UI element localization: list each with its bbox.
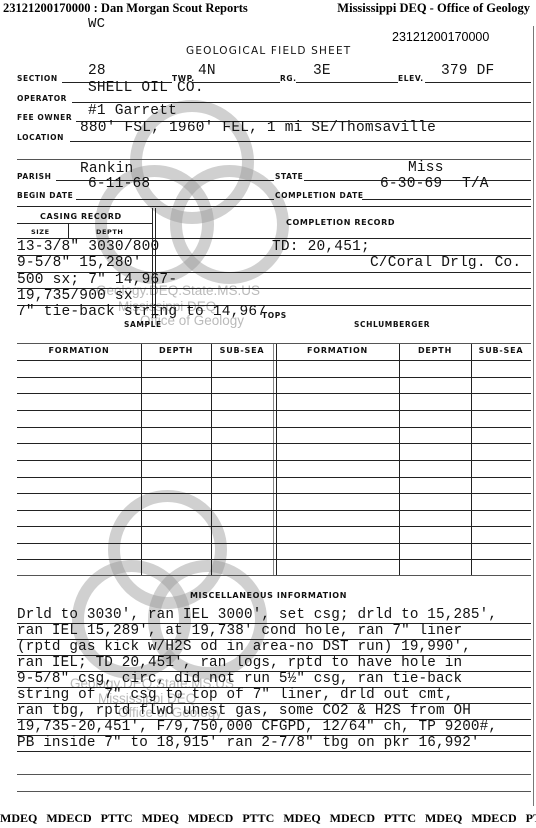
parish-label: PARISH (17, 172, 51, 181)
misc-rule (17, 751, 531, 752)
records-top-rule (17, 206, 531, 207)
casing-line: 13-3/8" 3030/800 (17, 239, 159, 255)
tops-table-top (17, 343, 531, 344)
misc-rule (17, 791, 531, 792)
casing-line: 19,735/900 sx (17, 288, 133, 304)
state-label: STATE (275, 172, 303, 181)
tops-row-rule (17, 526, 531, 527)
sample-label: SAMPLE (124, 320, 162, 329)
casing-line: 500 sx; 7" 14,967- (17, 272, 177, 288)
col-sub-sea-2: SUB-SEA (471, 346, 531, 355)
misc-line: ran tbg, rptd flwd unest gas, some CO2 &… (17, 703, 471, 719)
casing-divider-right (155, 208, 156, 318)
casing-col-size: SIZE (31, 228, 50, 236)
misc-rule (17, 774, 531, 775)
location-underline-2 (17, 159, 531, 160)
completion-date-value: 6-30-69 (380, 176, 442, 192)
col-depth: DEPTH (141, 346, 211, 355)
misc-line: 9-5/8" csg, circ, did not run 5½" csg, r… (17, 671, 462, 687)
footer-agencies: MDEQ MDECD PTTC MDEQ MDECD PTTC MDEQ MDE… (0, 811, 536, 826)
report-header-right: Mississippi DEQ - Office of Geology (337, 1, 530, 16)
misc-line: (rptd gas kick w/H2S od in area-no DST r… (17, 639, 471, 655)
rg-label: RG. (280, 74, 297, 83)
operator-label: OPERATOR (17, 94, 67, 103)
tops-row-rule (17, 443, 531, 444)
completion-record-title: COMPLETION RECORD (286, 218, 395, 227)
section-label: SECTION (17, 74, 58, 83)
state-value: Miss (408, 160, 444, 176)
section-value: 28 (88, 63, 106, 79)
col-sub-sea: SUB-SEA (211, 346, 273, 355)
col-formation: FORMATION (17, 346, 141, 355)
tops-row-rule (17, 427, 531, 428)
tops-row-rule (17, 543, 531, 544)
sheet-title: GEOLOGICAL FIELD SHEET (186, 45, 351, 57)
fee-owner-value: #1 Garrett (88, 103, 177, 119)
casing-col-divider (68, 223, 69, 238)
misc-line: Drld to 3030', ran IEL 3000', set csg; d… (17, 607, 497, 623)
completion-status-value: T/A (462, 176, 489, 192)
completion-date-underline (362, 199, 531, 200)
misc-line: ran IEL 15,289', at 19,738' cond hole, r… (17, 623, 462, 639)
twp-underline (192, 82, 280, 83)
tops-row-rule (17, 493, 531, 494)
begin-date-underline (76, 199, 274, 200)
elev-label: ELEV. (398, 74, 424, 83)
casing-line: 7" tie-back string to 14,967 (17, 304, 266, 320)
col-depth-2: DEPTH (399, 346, 471, 355)
sheet-right-edge (533, 26, 534, 806)
tops-row-rule (17, 510, 531, 511)
rg-value: 3E (313, 63, 331, 79)
report-header-left: 23121200170000 : Dan Morgan Scout Report… (3, 1, 248, 16)
misc-line: PB inside 7" to 18,915' ran 2-7/8" tbg o… (17, 735, 480, 751)
location-label: LOCATION (17, 133, 64, 142)
tops-table-bottom (17, 575, 531, 576)
wc-mark: WC (88, 16, 105, 32)
watermark-circle-icon (170, 165, 289, 284)
tops-label: TOPS (262, 311, 287, 320)
misc-title: MISCELLANEOUS INFORMATION (190, 591, 347, 600)
completion-line: TD: 20,451; (272, 239, 370, 255)
begin-date-value: 6-11-68 (88, 176, 150, 192)
casing-divider-left (152, 208, 153, 318)
schlumberger-label: SCHLUMBERGER (354, 320, 430, 329)
completion-date-label: COMPLETION DATE (275, 191, 364, 200)
location-underline (70, 141, 531, 142)
tops-row-rule (17, 377, 531, 378)
operator-value: SHELL OIL CO. (88, 80, 204, 96)
casing-line: 9-5/8" 15,280' (17, 255, 142, 271)
col-formation-2: FORMATION (276, 346, 399, 355)
api-number: 23121200170000 (392, 30, 489, 44)
misc-line: 19,735-20,451', F/9,750,000 CFGPD, 12/64… (17, 719, 497, 735)
begin-date-label: BEGIN DATE (17, 191, 73, 200)
fee-owner-label: FEE OWNER (17, 113, 72, 122)
misc-line: ran IEL; TD 20,451', ran logs, rptd to h… (17, 655, 462, 671)
tops-row-rule (17, 410, 531, 411)
twp-value: 4N (198, 63, 216, 79)
elev-value: 379 DF (441, 63, 494, 79)
tops-row-rule (17, 393, 531, 394)
elev-underline (425, 82, 531, 83)
rg-underline (296, 82, 398, 83)
misc-line: string of 7" csg to top of 7" liner, drl… (17, 687, 453, 703)
tops-row-rule (17, 460, 531, 461)
location-value: 880' FSL, 1960' FEL, 1 mi SE/Thomsaville (80, 120, 436, 136)
casing-record-title: CASING RECORD (40, 212, 122, 221)
casing-header-rule (17, 223, 152, 224)
tops-row-rule (17, 360, 531, 361)
casing-col-depth: DEPTH (96, 228, 123, 236)
tops-row-rule (17, 559, 531, 560)
tops-row-rule (17, 477, 531, 478)
completion-line: C/Coral Drlg. Co. (370, 255, 521, 271)
parish-value: Rankin (80, 161, 133, 177)
